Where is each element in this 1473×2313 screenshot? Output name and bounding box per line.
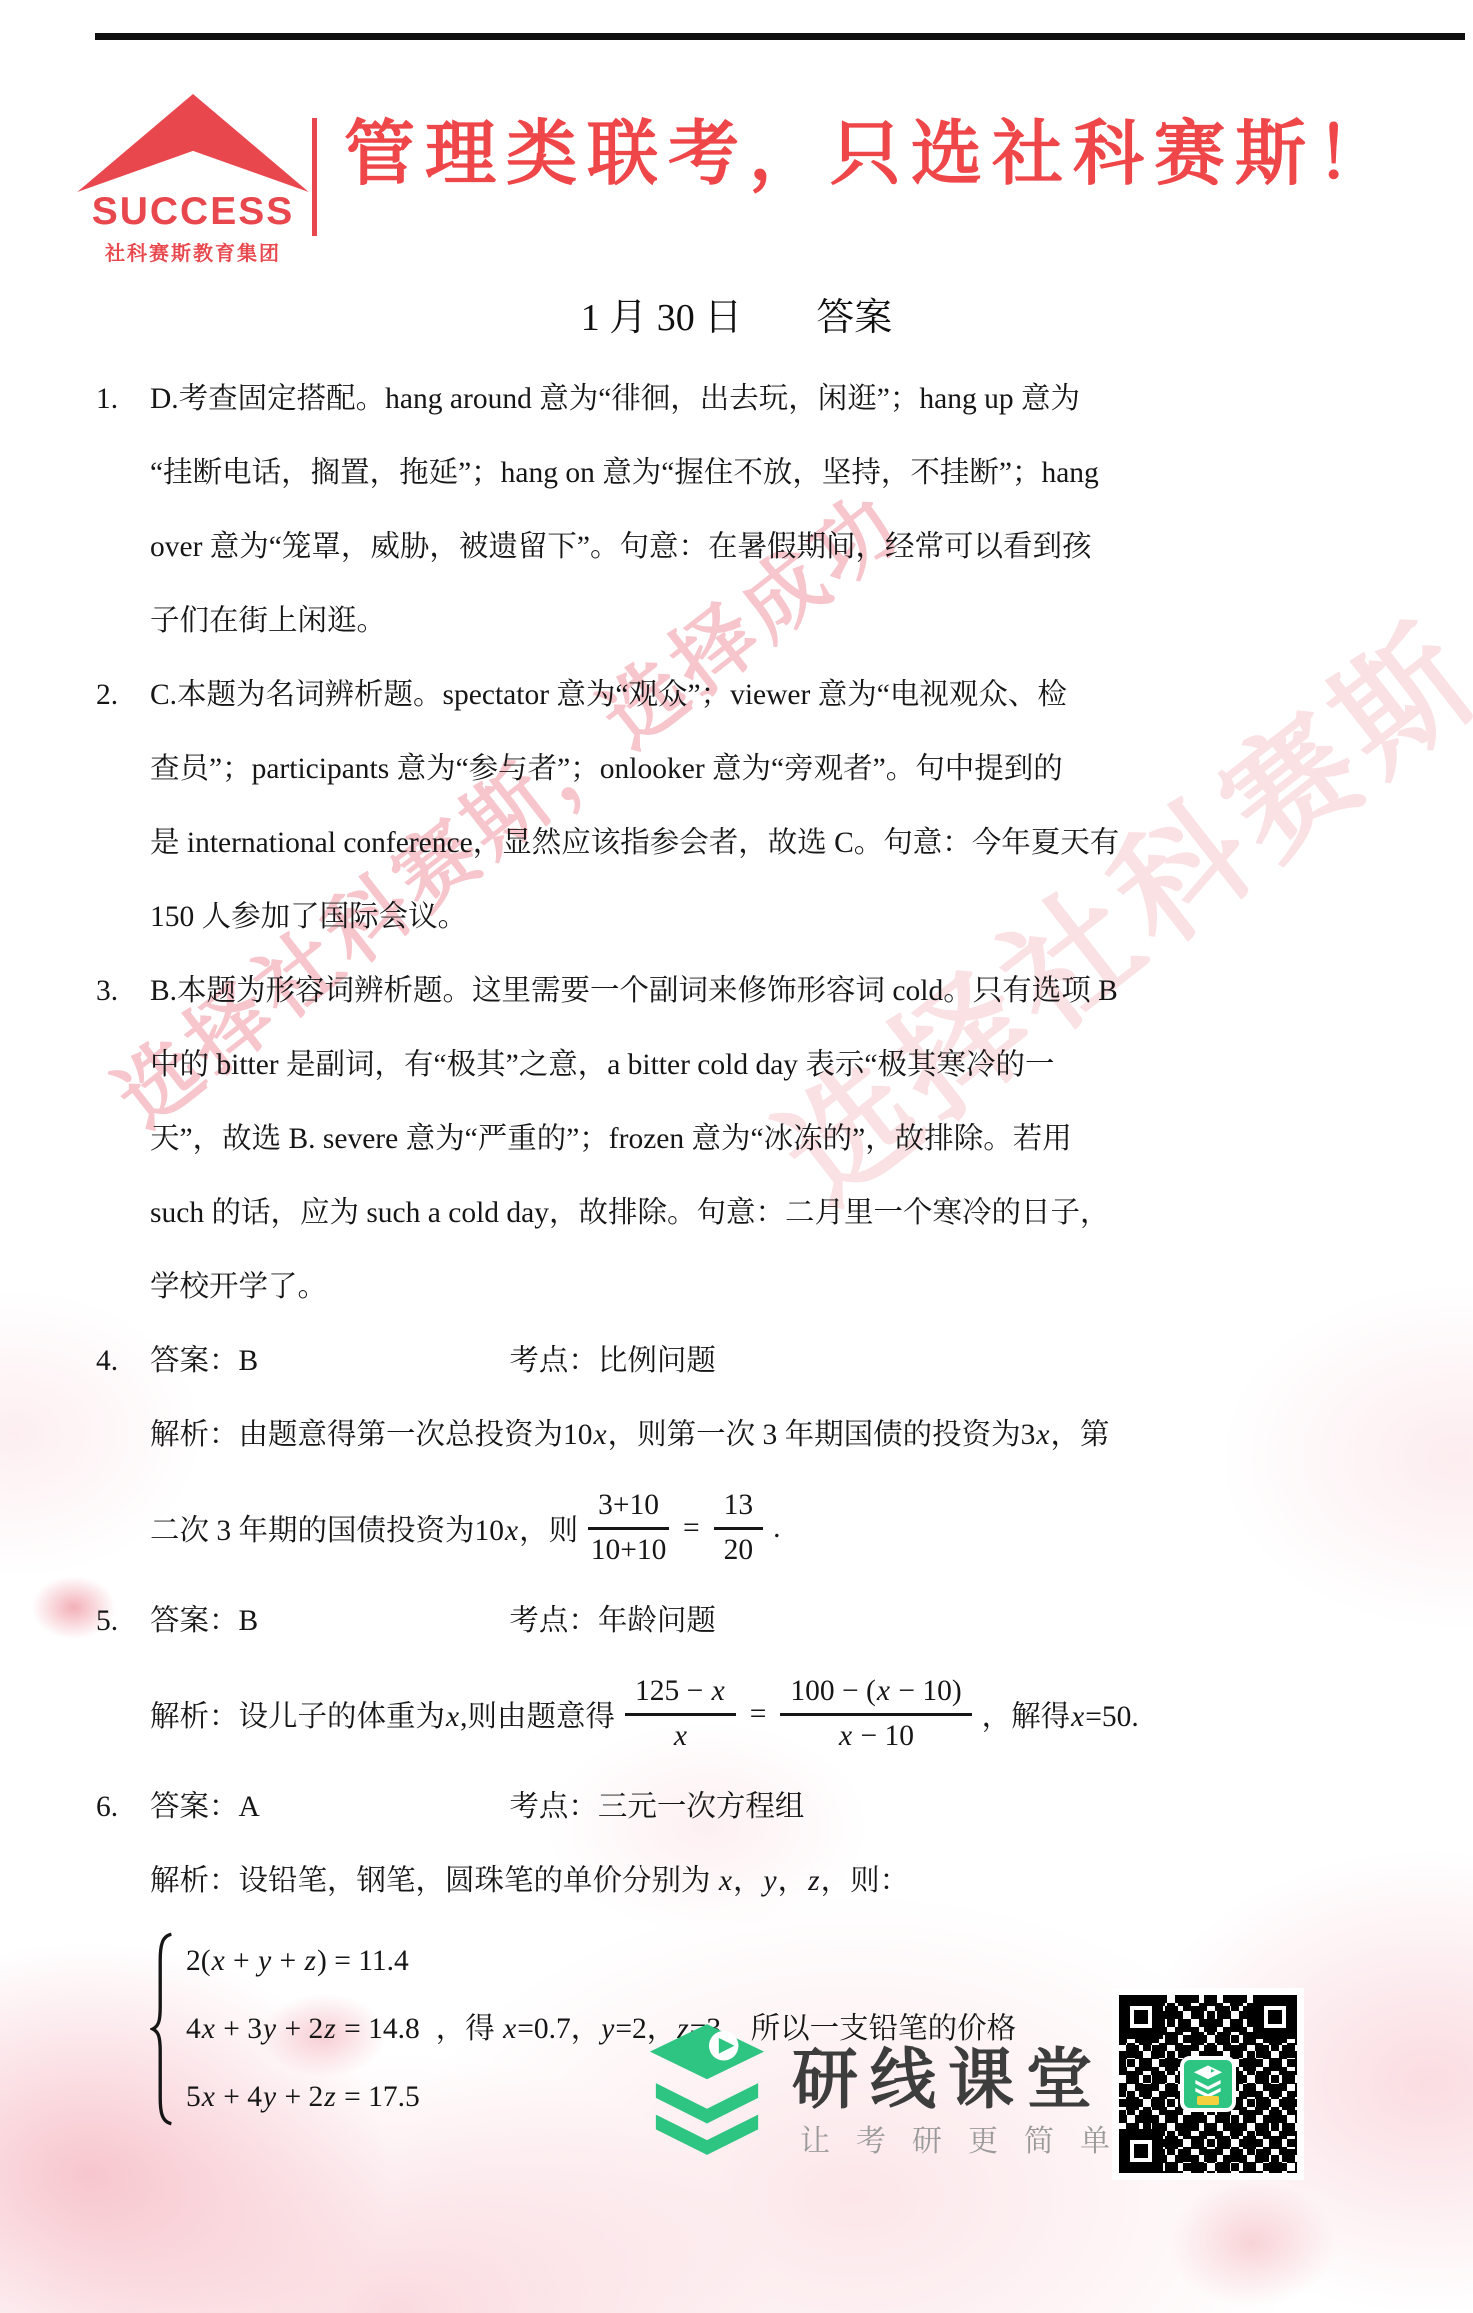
footer-tagline: 让考研更简单 <box>800 2116 1136 2160</box>
answer-topic-row: 答案：B 考点：比例问题 <box>150 1324 1410 1398</box>
analysis-line: 二次 3 年期的国债投资为10x，则 <box>150 1507 578 1549</box>
curly-brace-icon <box>150 1926 176 2132</box>
roof-icon <box>75 92 311 194</box>
answer-item-4: 4. 答案：B 考点：比例问题 解析：由题意得第一次总投资为10x，则第一次 3… <box>150 1324 1410 1584</box>
item-number: 1. <box>96 362 118 436</box>
answer-line: 是 international conference，显然应该指参会者，故选 C… <box>150 806 1410 880</box>
fraction-denominator: x − 10 <box>780 1716 971 1754</box>
answer-topic-row: 答案：B 考点：年龄问题 <box>150 1584 1410 1658</box>
answer-line: C.本题为名词辨析题。spectator 意为“观众”；viewer 意为“电视… <box>150 658 1410 732</box>
fraction-numerator: 125 − x <box>625 1674 736 1716</box>
equation-row: 2(x + y + z) = 11.4 <box>186 1927 1016 1995</box>
answer-value: 答案：A <box>150 1770 502 1844</box>
answer-value: 答案：B <box>150 1324 502 1398</box>
answers-list: 1. D.考查固定搭配。hang around 意为“徘徊，出去玩，闲逛”；ha… <box>150 362 1410 2132</box>
item-number: 6. <box>96 1770 118 1844</box>
logo-name: SUCCESS <box>75 192 311 232</box>
qr-icon-badge <box>1197 2096 1219 2105</box>
item-number: 4. <box>96 1324 118 1398</box>
qr-finder-icon <box>1119 2129 1163 2173</box>
answer-line: 查员”；participants 意为“参与者”；onlooker 意为“旁观者… <box>150 732 1410 806</box>
answer-line: 天”，故选 B. severe 意为“严重的”；frozen 意为“冰冻的”，故… <box>150 1102 1410 1176</box>
item-number: 5. <box>96 1584 118 1658</box>
answer-line: “挂断电话，搁置，拖延”；hang on 意为“握住不放，坚持，不挂断”；han… <box>150 436 1410 510</box>
equation: 5x + 4y + 2z = 17.5 <box>186 2063 420 2131</box>
answer-line: D.考查固定搭配。hang around 意为“徘徊，出去玩，闲逛”；hang … <box>150 362 1410 436</box>
analysis-formula-line: 解析：设儿子的体重为x,则由题意得 125 − x x = 100 − (x −… <box>150 1658 1410 1770</box>
top-rule <box>95 33 1465 40</box>
title-label: 答案 <box>816 286 892 341</box>
answer-line: 中的 bitter 是副词，有“极其”之意，a bitter cold day … <box>150 1028 1410 1102</box>
answer-topic-row: 答案：A 考点：三元一次方程组 <box>150 1770 1410 1844</box>
answer-line: over 意为“笼罩，威胁，被遗留下”。句意：在暑假期间，经常可以看到孩 <box>150 510 1410 584</box>
fraction: 125 − x x <box>625 1674 736 1754</box>
qr-code <box>1112 1988 1304 2180</box>
analysis-line: 解析：设铅笔，钢笔，圆珠笔的单价分别为 x，y，z，则： <box>150 1844 1410 1918</box>
success-logo: SUCCESS 社科赛斯教育集团 <box>75 92 311 266</box>
answer-line: 150 人参加了国际会议。 <box>150 880 1410 954</box>
answer-line: B.本题为形容词辨析题。这里需要一个副词来修饰形容词 cold。只有选项 B <box>150 954 1410 1028</box>
topic-value: 考点：年龄问题 <box>509 1605 716 1637</box>
answer-line: such 的话，应为 such a cold day，故排除。句意：二月里一个寒… <box>150 1176 1410 1250</box>
fraction-numerator: 13 <box>714 1488 764 1530</box>
footer-brand: 研线课堂 <box>792 2026 1104 2121</box>
fraction: 100 − (x − 10) x − 10 <box>780 1674 971 1754</box>
answer-item-3: 3. B.本题为形容词辨析题。这里需要一个副词来修饰形容词 cold。只有选项 … <box>150 954 1410 1324</box>
fraction: 3+10 10+10 <box>588 1488 669 1568</box>
page: SUCCESS 社科赛斯教育集团 管理类联考，只选社科赛斯！ 1 月 30 日答… <box>0 0 1473 2313</box>
equation: 4x + 3y + 2z = 14.8 <box>186 1995 420 2063</box>
fraction-denominator: x <box>625 1716 736 1754</box>
item-number: 2. <box>96 658 118 732</box>
header-slogan: 管理类联考，只选社科赛斯！ <box>344 99 1397 211</box>
qr-finder-icon <box>1119 1995 1163 2039</box>
equation: 2(x + y + z) = 11.4 <box>186 1927 409 1995</box>
answer-value: 答案：B <box>150 1584 502 1658</box>
equals-sign: = <box>750 1698 767 1731</box>
fraction-denominator: 10+10 <box>588 1530 669 1568</box>
analysis-formula-line: 二次 3 年期的国债投资为10x，则 3+10 10+10 = 13 20 . <box>150 1472 1410 1584</box>
topic-value: 考点：比例问题 <box>509 1345 716 1377</box>
fraction-numerator: 3+10 <box>588 1488 669 1530</box>
fraction-numerator: 100 − (x − 10) <box>780 1674 971 1716</box>
answer-item-5: 5. 答案：B 考点：年龄问题 解析：设儿子的体重为x,则由题意得 125 − … <box>150 1584 1410 1770</box>
topic-value: 考点：三元一次方程组 <box>509 1791 804 1823</box>
logo-subtitle: 社科赛斯教育集团 <box>75 237 311 266</box>
graduation-cap-icon <box>648 2022 766 2160</box>
analysis-line: 解析：由题意得第一次总投资为10x，则第一次 3 年期国债的投资为3x，第 <box>150 1398 1410 1472</box>
qr-finder-icon <box>1253 1995 1297 2039</box>
fraction-denominator: 20 <box>714 1530 764 1568</box>
page-title: 1 月 30 日答案 <box>0 286 1473 341</box>
answer-item-1: 1. D.考查固定搭配。hang around 意为“徘徊，出去玩，闲逛”；ha… <box>150 362 1410 658</box>
equals-sign: = <box>683 1512 700 1545</box>
answer-line: 子们在街上闲逛。 <box>150 584 1410 658</box>
answer-line: 学校开学了。 <box>150 1250 1410 1324</box>
header-divider <box>312 118 317 236</box>
analysis-line: 解析：设儿子的体重为x,则由题意得 <box>150 1693 615 1735</box>
qr-center-app-icon <box>1180 2056 1236 2112</box>
fraction: 13 20 <box>714 1488 764 1568</box>
title-date: 1 月 30 日 <box>581 297 743 339</box>
analysis-suffix: ，解得x=50. <box>982 1693 1139 1735</box>
answer-item-2: 2. C.本题为名词辨析题。spectator 意为“观众”；viewer 意为… <box>150 658 1410 954</box>
formula-tail: . <box>773 1512 780 1545</box>
item-number: 3. <box>96 954 118 1028</box>
